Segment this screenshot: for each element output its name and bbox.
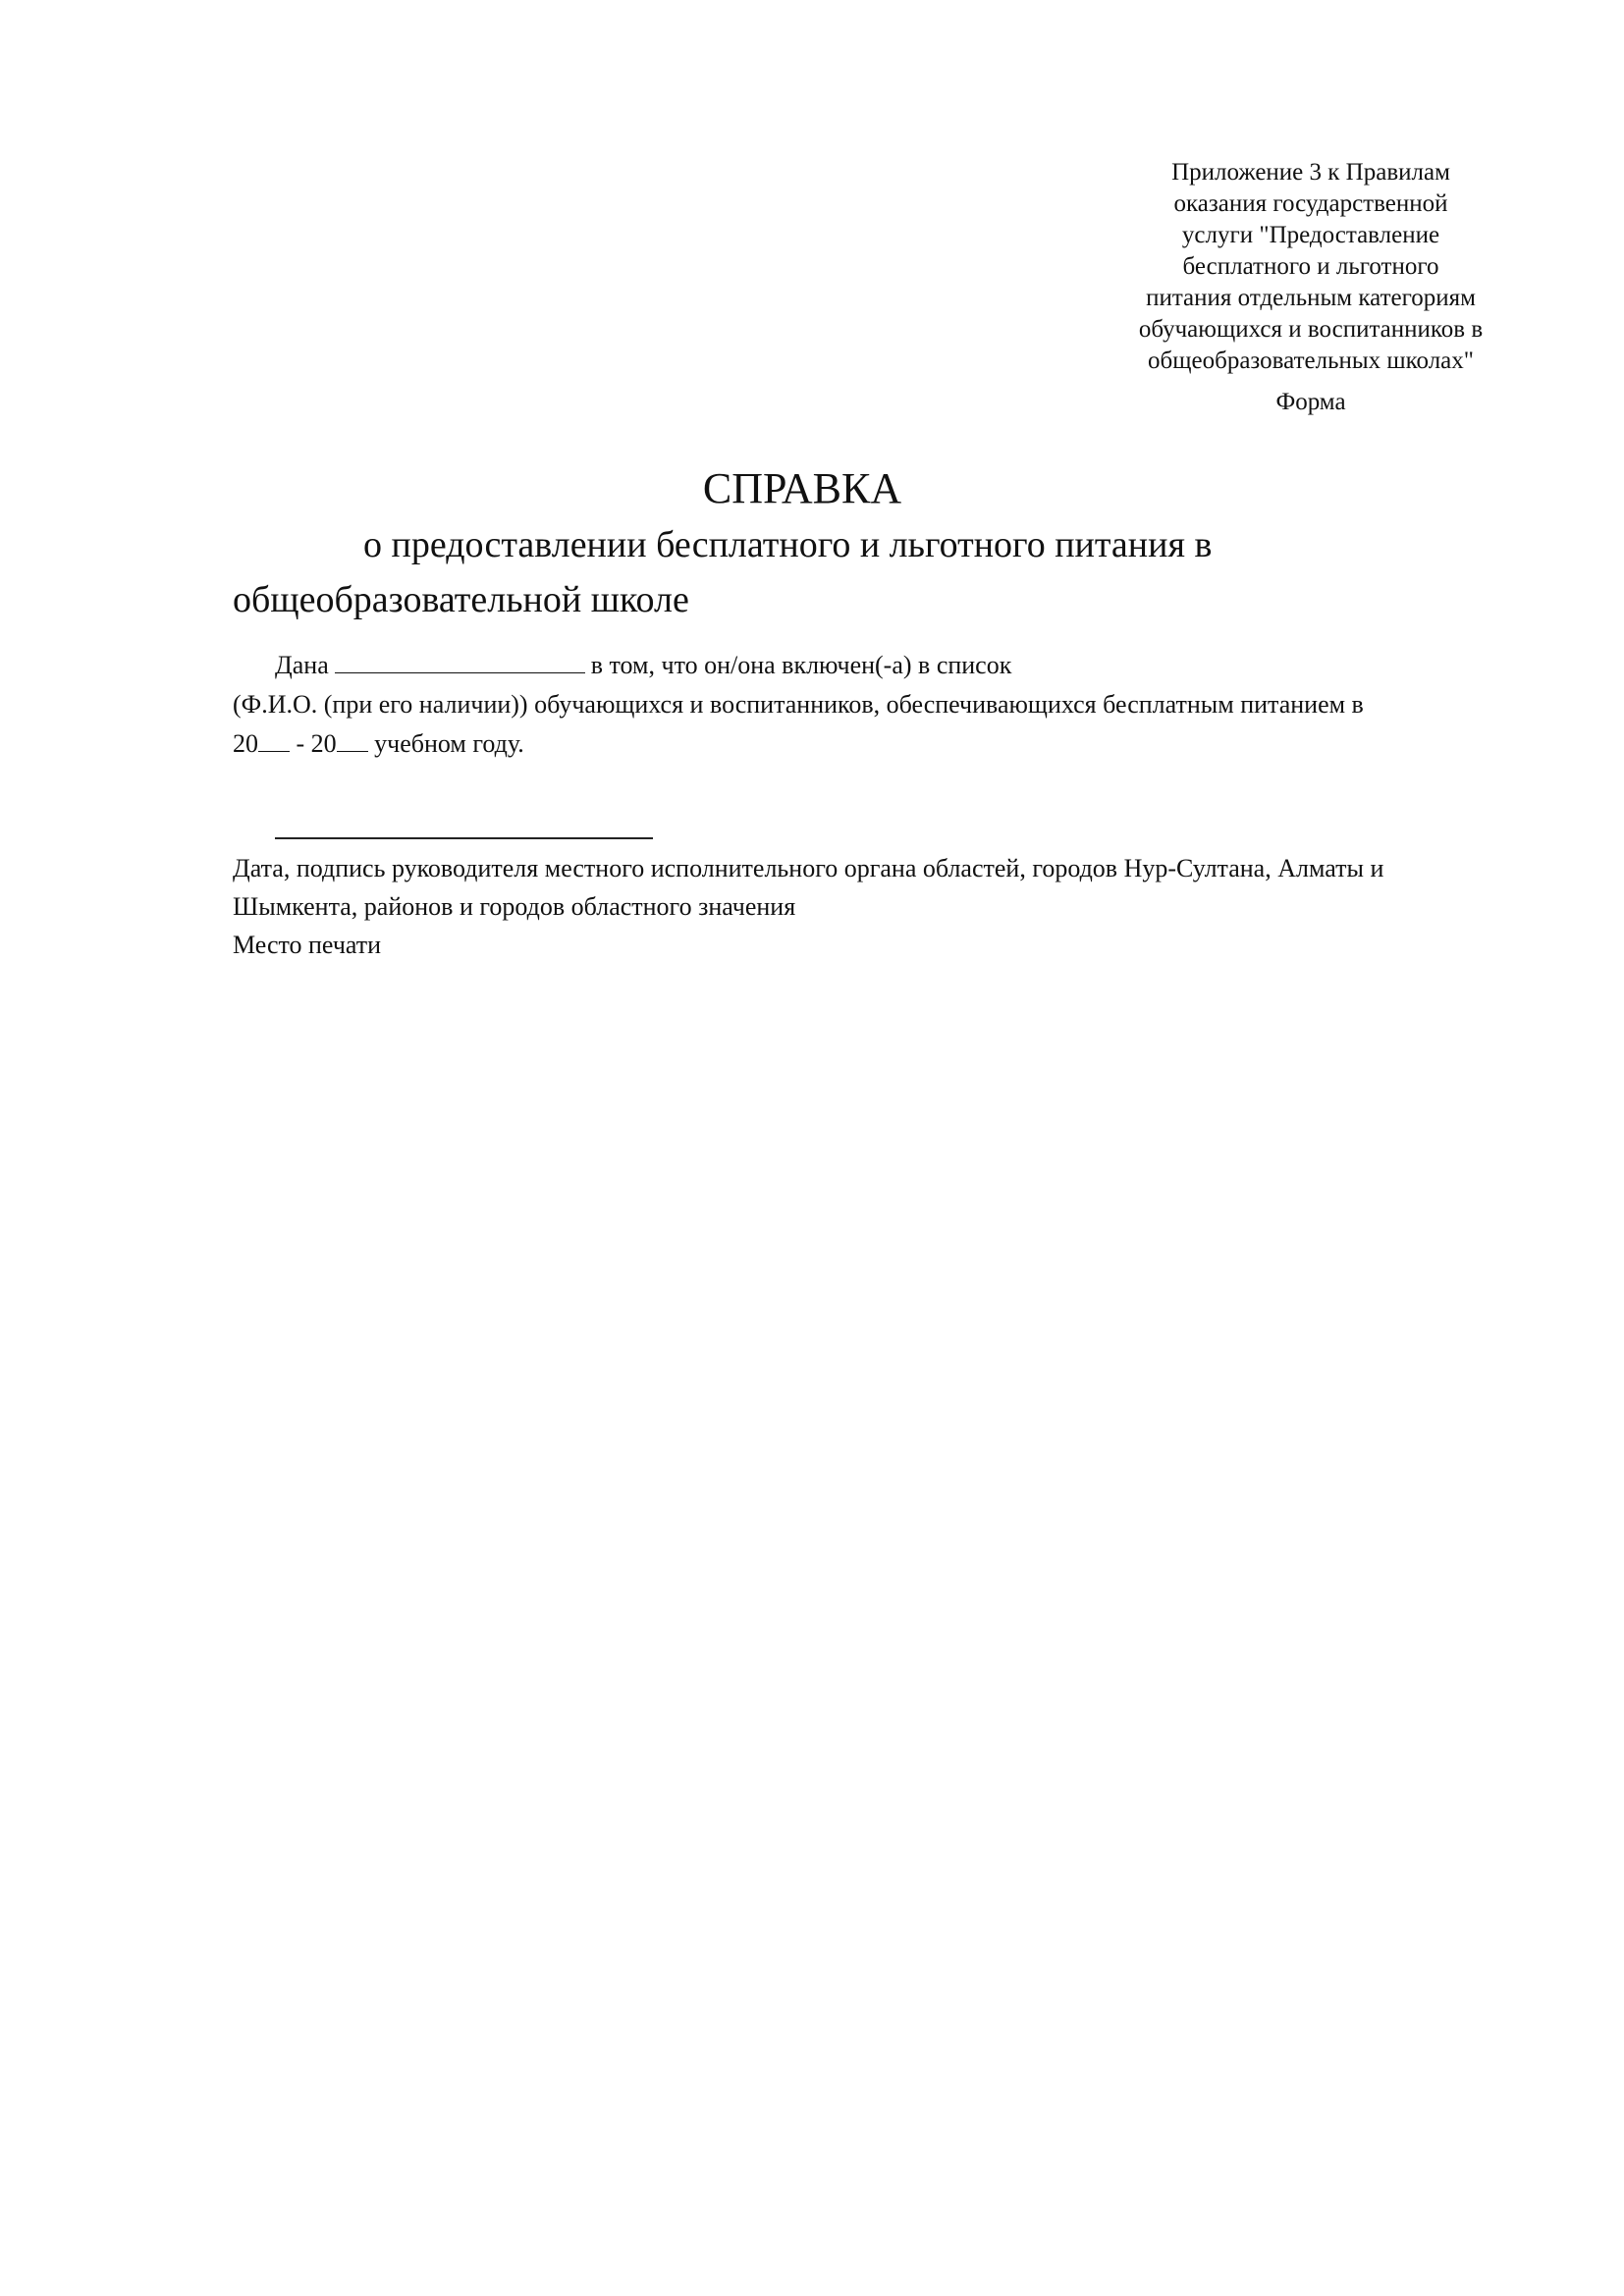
start-year-blank-field[interactable] xyxy=(258,731,290,752)
appendix-line: Приложение 3 к Правилам xyxy=(1100,157,1522,188)
appendix-header: Приложение 3 к Правилам оказания государ… xyxy=(1100,157,1522,418)
school-year-row: 20 - 20 учебном году. xyxy=(233,724,1519,764)
year-suffix: учебном году. xyxy=(368,729,524,758)
appendix-line: оказания государственной xyxy=(1100,188,1522,220)
document-title-block: СПРАВКА xyxy=(0,461,1624,516)
end-year-blank-field[interactable] xyxy=(337,731,368,752)
appendix-line: бесплатного и льготного xyxy=(1100,251,1522,283)
appendix-line: услуги "Предоставление xyxy=(1100,220,1522,251)
subtitle-line-2: общеобразовательной школе xyxy=(233,572,1391,627)
full-name-blank-field[interactable] xyxy=(335,651,585,673)
year-prefix: 20 xyxy=(233,729,258,758)
appendix-line: обучающихся и воспитанников в xyxy=(1100,314,1522,346)
signature-caption-line-1: Дата, подпись руководителя местного испо… xyxy=(233,849,1519,887)
given-row: Данав том, что он/она включен(-а) в спис… xyxy=(233,646,1519,685)
signature-caption-block: Дата, подпись руководителя местного испо… xyxy=(233,849,1519,964)
appendix-line: питания отдельным категориям xyxy=(1100,283,1522,314)
signature-caption-line-2: Шымкента, районов и городов областного з… xyxy=(233,887,1519,926)
subtitle-line-1: о предоставлении бесплатного и льготного… xyxy=(233,517,1391,572)
given-prefix: Дана xyxy=(275,651,329,679)
given-suffix: в том, что он/она включен(-а) в список xyxy=(591,651,1012,679)
document-title: СПРАВКА xyxy=(703,461,901,516)
document-subtitle: о предоставлении бесплатного и льготного… xyxy=(233,517,1391,627)
appendix-line: общеобразовательных школах" xyxy=(1100,346,1522,377)
body-line-2: (Ф.И.О. (при его наличии)) обучающихся и… xyxy=(233,685,1519,724)
form-label: Форма xyxy=(1100,387,1522,418)
signature-blank-field[interactable] xyxy=(275,837,653,839)
certificate-body: Данав том, что он/она включен(-а) в спис… xyxy=(233,646,1519,764)
seal-label: Место печати xyxy=(233,926,1519,964)
year-separator: - 20 xyxy=(290,729,337,758)
